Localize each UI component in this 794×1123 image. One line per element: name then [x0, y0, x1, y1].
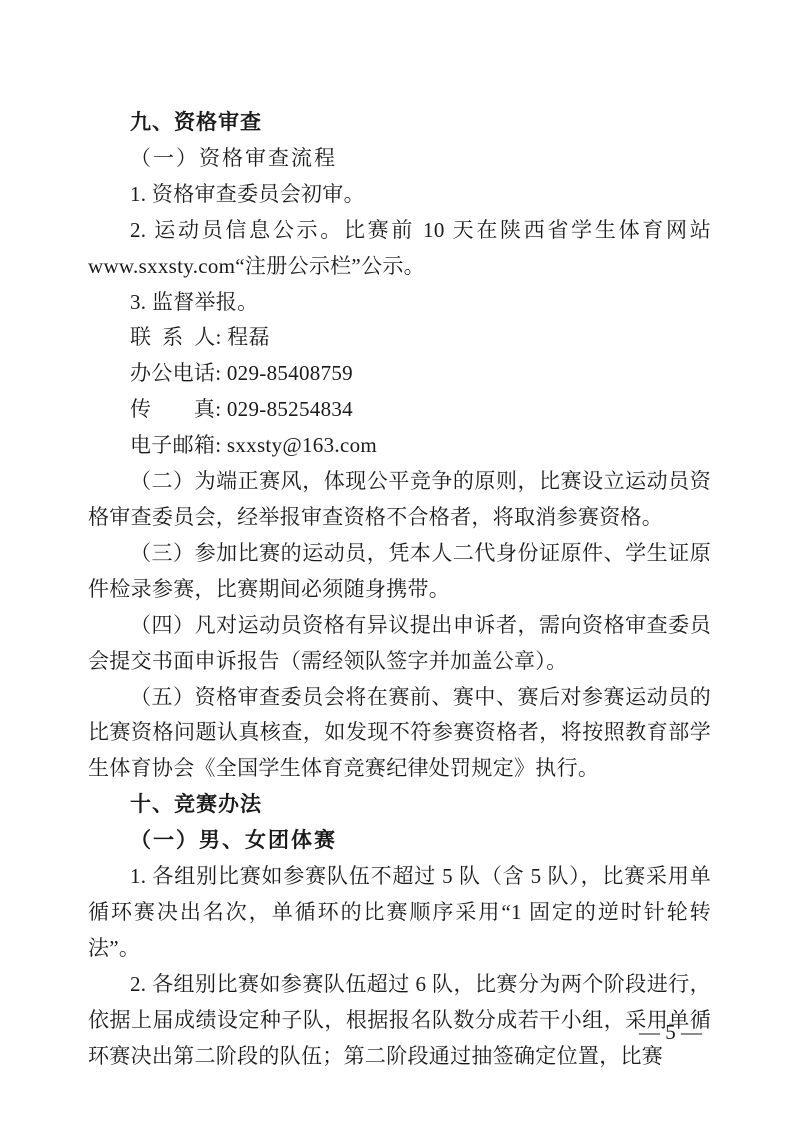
paragraph-section-9-5: （五）资格审查委员会将在赛前、赛中、赛后对参赛运动员的比赛资格问题认真核查，如发…	[88, 680, 711, 788]
section-10-1-subheading: （一）男、女团体赛	[88, 823, 711, 859]
document-page: 九、资格审查 （一）资格审查流程 1. 资格审查委员会初审。 2. 运动员信息公…	[0, 0, 794, 1123]
document-body: 九、资格审查 （一）资格审查流程 1. 资格审查委员会初审。 2. 运动员信息公…	[88, 105, 711, 1074]
paragraph-team-two-stage: 2. 各组别比赛如参赛队伍超过 6 队，比赛分为两个阶段进行，依据上届成绩设定种…	[88, 967, 711, 1075]
contact-person-line: 联 系 人: 程磊	[88, 320, 711, 356]
paragraph-section-9-2: （二）为端正赛风，体现公平竞争的原则，比赛设立运动员资格审查委员会，经举报审查资…	[88, 464, 711, 536]
page-number: — 5 —	[639, 1018, 702, 1046]
paragraph-section-9-4: （四）凡对运动员资格有异议提出申诉者，需向资格审查委员会提交书面申诉报告（需经领…	[88, 608, 711, 680]
section-10-heading: 十、竞赛办法	[88, 787, 711, 823]
paragraph-initial-review: 1. 资格审查委员会初审。	[88, 177, 711, 213]
office-phone-line: 办公电话: 029-85408759	[88, 356, 711, 392]
paragraph-section-9-3: （三）参加比赛的运动员，凭本人二代身份证原件、学生证原件检录参赛，比赛期间必须随…	[88, 536, 711, 608]
paragraph-team-round-robin: 1. 各组别比赛如参赛队伍不超过 5 队（含 5 队），比赛采用单循环赛决出名次…	[88, 859, 711, 967]
fax-line: 传 真: 029-85254834	[88, 392, 711, 428]
paragraph-athlete-info-public: 2. 运动员信息公示。比赛前 10 天在陕西省学生体育网站www.sxxsty.…	[88, 213, 711, 285]
paragraph-supervision-report: 3. 监督举报。	[88, 285, 711, 321]
section-9-1-subheading: （一）资格审查流程	[88, 141, 711, 177]
section-9-heading: 九、资格审查	[88, 105, 711, 141]
email-line: 电子邮箱: sxxsty@163.com	[88, 428, 711, 464]
